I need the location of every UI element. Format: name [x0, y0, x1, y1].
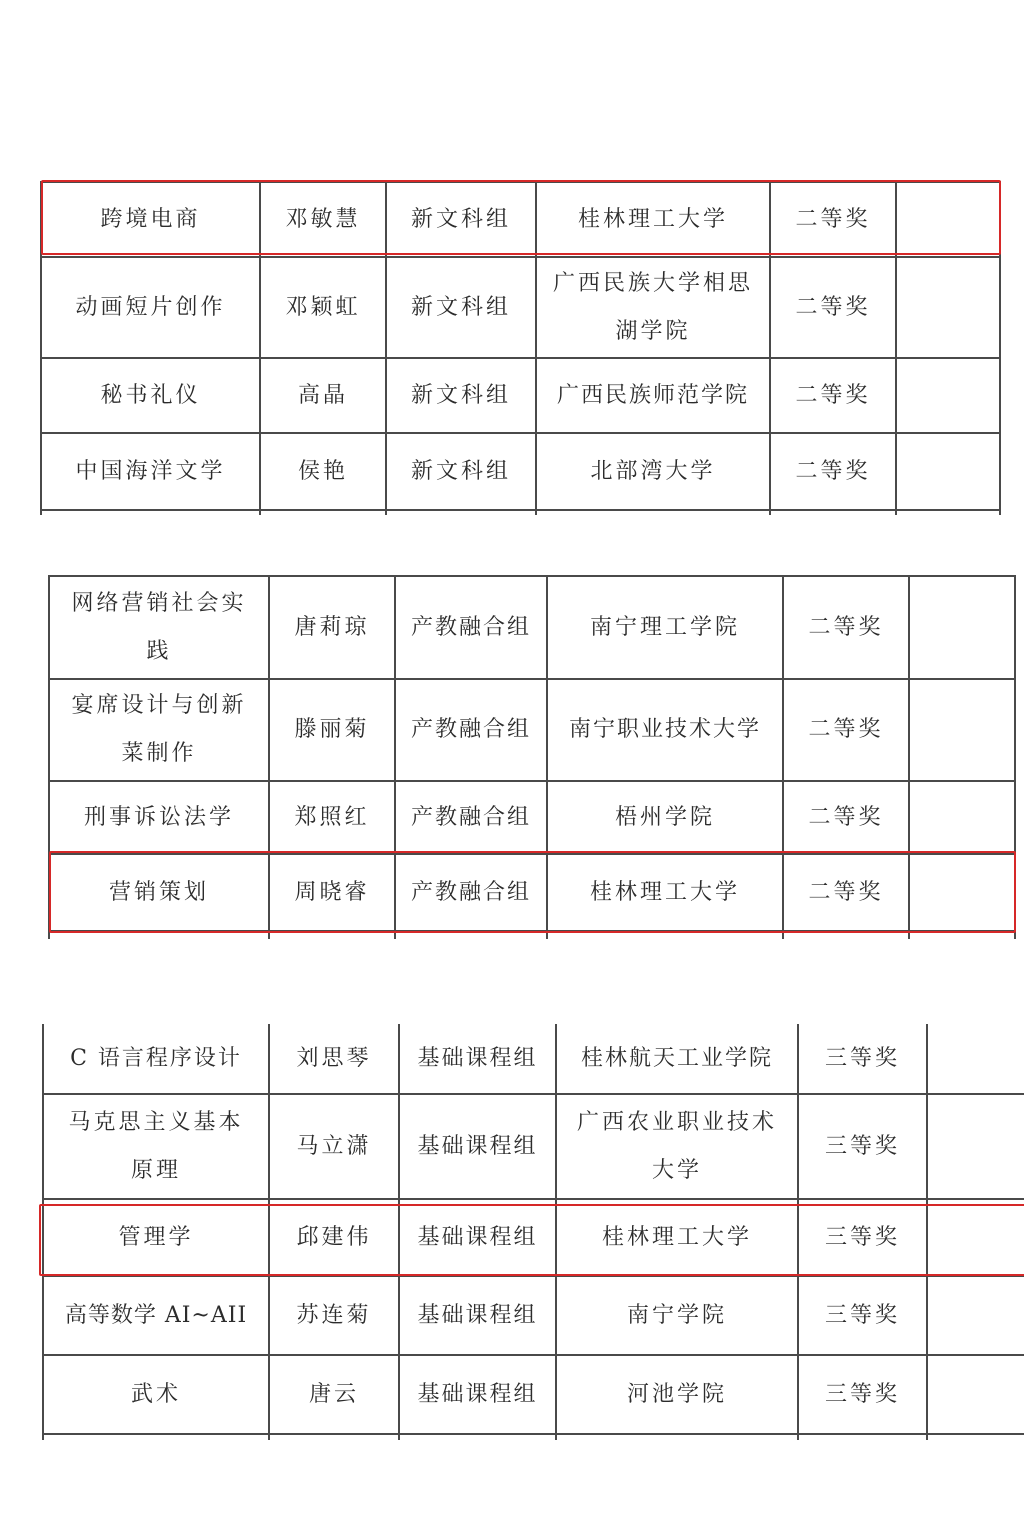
group-name: 产教融合组: [396, 577, 546, 678]
course-name: 武术: [44, 1356, 268, 1433]
teacher-name: 侯艳: [261, 434, 385, 509]
award-level: 二等奖: [771, 434, 895, 509]
course-name: 中国海洋文学: [42, 434, 259, 509]
note-cell: [897, 258, 999, 357]
course-name: 营销策划: [50, 855, 268, 930]
teacher-name: 滕丽菊: [270, 680, 394, 780]
award-level: 二等奖: [771, 359, 895, 432]
note-cell: [928, 1356, 1024, 1433]
school-name: 南宁职业技术大学: [548, 680, 782, 780]
school-name: 广西农业职业技术大学: [557, 1095, 797, 1198]
teacher-name: 刘思琴: [270, 1024, 398, 1093]
course-name: 秘书礼仪: [42, 359, 259, 432]
group-name: 产教融合组: [396, 782, 546, 853]
award-level: 三等奖: [799, 1356, 926, 1433]
award-level: 二等奖: [784, 680, 908, 780]
school-name: 北部湾大学: [537, 434, 769, 509]
teacher-name: 唐云: [270, 1356, 398, 1433]
note-cell: [910, 855, 1014, 930]
course-name: 跨境电商: [42, 183, 259, 256]
teacher-name: 周晓睿: [270, 855, 394, 930]
group-name: 产教融合组: [396, 680, 546, 780]
school-name: 桂林航天工业学院: [557, 1024, 797, 1093]
note-cell: [897, 359, 999, 432]
note-cell: [897, 434, 999, 509]
course-name: 马克思主义基本原理: [44, 1095, 268, 1198]
course-name: C 语言程序设计: [44, 1024, 268, 1093]
note-cell: [897, 183, 999, 256]
group-name: 基础课程组: [400, 1277, 555, 1354]
teacher-name: 邓敏慧: [261, 183, 385, 256]
award-level: 三等奖: [799, 1024, 926, 1093]
group-name: 基础课程组: [400, 1356, 555, 1433]
group-name: 基础课程组: [400, 1024, 555, 1093]
course-name: 管理学: [44, 1200, 268, 1275]
school-name: 梧州学院: [548, 782, 782, 853]
award-level: 二等奖: [771, 183, 895, 256]
school-name: 南宁理工学院: [548, 577, 782, 678]
table-border: [48, 930, 1015, 932]
group-name: 新文科组: [387, 359, 535, 432]
group-name: 新文科组: [387, 434, 535, 509]
teacher-name: 唐莉琼: [270, 577, 394, 678]
group-name: 基础课程组: [400, 1095, 555, 1198]
note-cell: [928, 1200, 1024, 1275]
note-cell: [928, 1024, 1024, 1093]
award-level: 二等奖: [784, 855, 908, 930]
table-border: [1014, 575, 1016, 939]
group-name: 基础课程组: [400, 1200, 555, 1275]
award-level: 三等奖: [799, 1095, 926, 1198]
note-cell: [928, 1095, 1024, 1198]
award-level: 二等奖: [771, 258, 895, 357]
school-name: 广西民族师范学院: [537, 359, 769, 432]
table-border: [40, 509, 1000, 511]
teacher-name: 郑照红: [270, 782, 394, 853]
teacher-name: 邓颖虹: [261, 258, 385, 357]
course-name: 宴席设计与创新菜制作: [50, 680, 268, 780]
group-name: 新文科组: [387, 258, 535, 357]
award-level: 三等奖: [799, 1200, 926, 1275]
school-name: 桂林理工大学: [537, 183, 769, 256]
group-name: 新文科组: [387, 183, 535, 256]
award-level: 二等奖: [784, 577, 908, 678]
teacher-name: 苏连菊: [270, 1277, 398, 1354]
school-name: 广西民族大学相思湖学院: [537, 258, 769, 357]
teacher-name: 高晶: [261, 359, 385, 432]
award-level: 二等奖: [784, 782, 908, 853]
note-cell: [910, 577, 1014, 678]
teacher-name: 邱建伟: [270, 1200, 398, 1275]
award-level: 三等奖: [799, 1277, 926, 1354]
school-name: 桂林理工大学: [548, 855, 782, 930]
table-border: [42, 1433, 1024, 1435]
note-cell: [928, 1277, 1024, 1354]
group-name: 产教融合组: [396, 855, 546, 930]
teacher-name: 马立潇: [270, 1095, 398, 1198]
school-name: 桂林理工大学: [557, 1200, 797, 1275]
note-cell: [910, 680, 1014, 780]
note-cell: [910, 782, 1014, 853]
table-border: [999, 181, 1001, 515]
course-name: 刑事诉讼法学: [50, 782, 268, 853]
school-name: 河池学院: [557, 1356, 797, 1433]
school-name: 南宁学院: [557, 1277, 797, 1354]
course-name: 高等数学 AI~AII: [44, 1277, 268, 1354]
course-name: 网络营销社会实践: [50, 577, 268, 678]
course-name: 动画短片创作: [42, 258, 259, 357]
